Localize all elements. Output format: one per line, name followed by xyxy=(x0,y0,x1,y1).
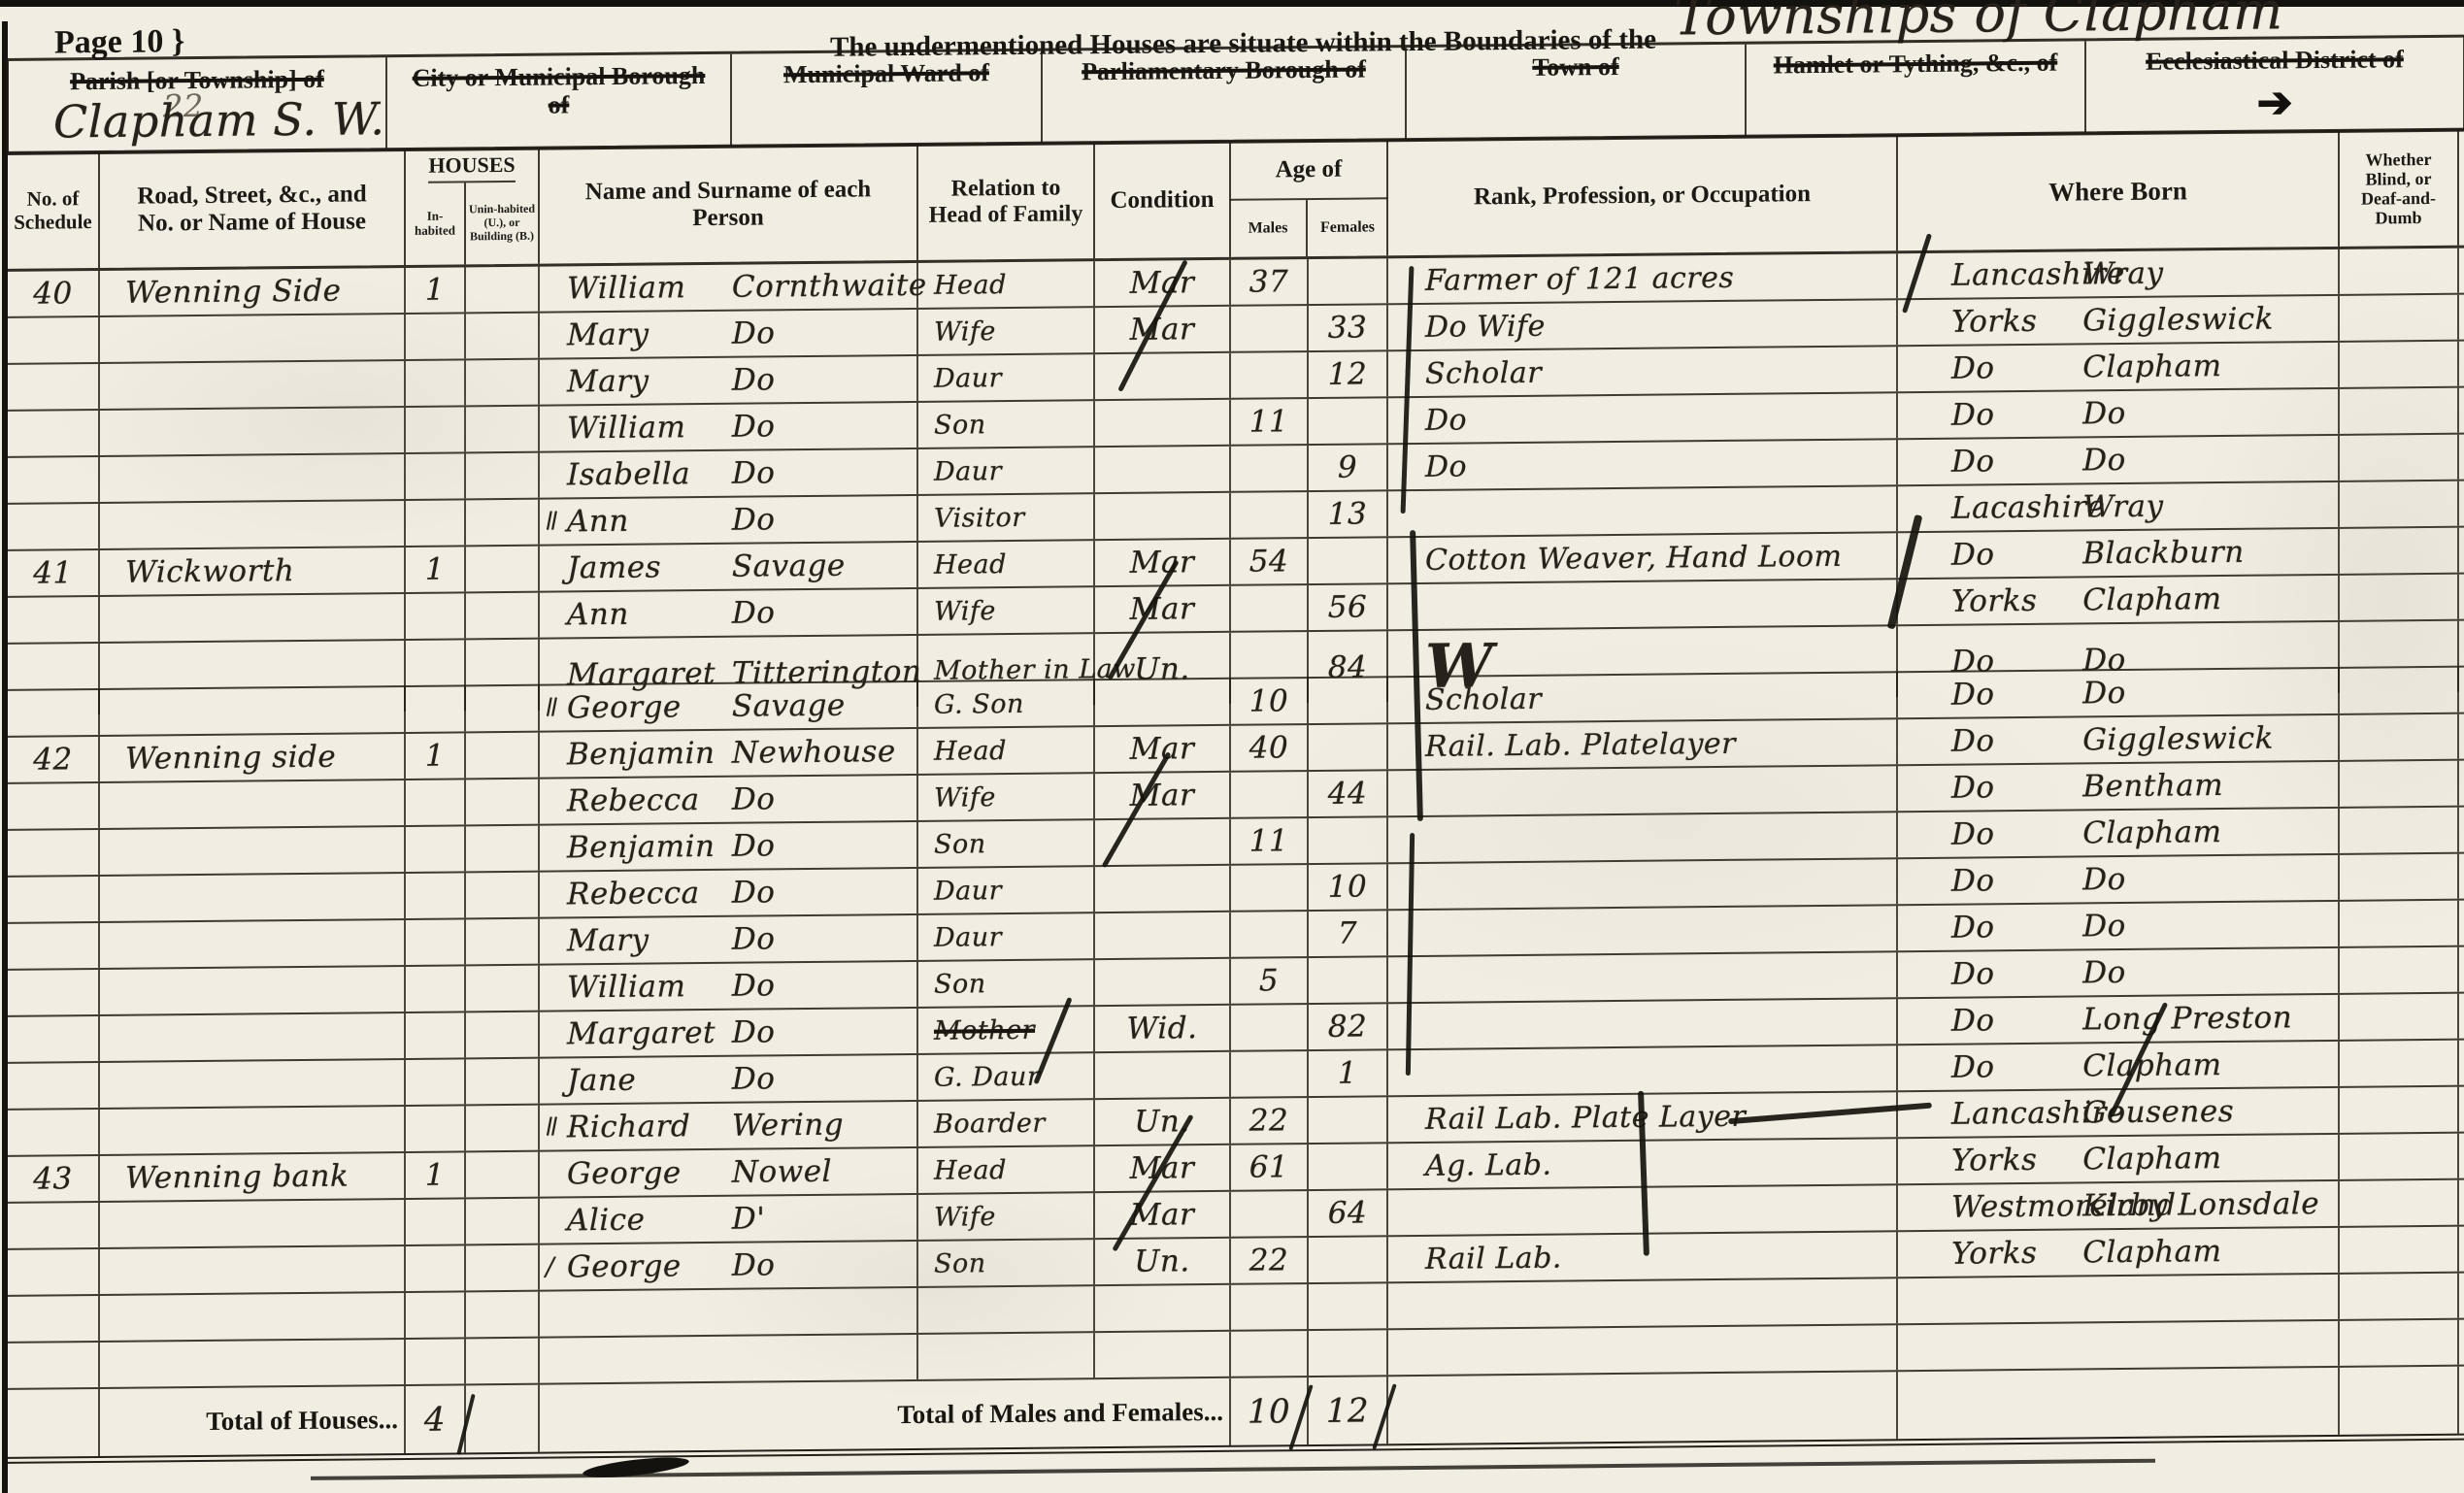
road-cell xyxy=(100,594,406,642)
name-cell: Rebecca Do xyxy=(540,776,918,824)
age-females-cell: 82 xyxy=(1309,1004,1388,1049)
name-cell: Ann Do xyxy=(540,589,918,638)
parish-box: Parish [or Township] of Clapham S. W. xyxy=(9,57,387,152)
name-cell: Jane Do xyxy=(540,1055,918,1104)
uninhabited-cell xyxy=(466,407,540,452)
age-females-cell: 9 xyxy=(1309,445,1388,490)
schedule-cell xyxy=(8,923,100,969)
inhabited-cell xyxy=(406,453,466,499)
road-cell xyxy=(100,1340,406,1387)
age-females-cell xyxy=(1309,258,1388,304)
infirmity-cell xyxy=(2340,1134,2459,1179)
where-born-cell: Do Bentham xyxy=(1898,762,2340,811)
inhabited-cell: 1 xyxy=(406,733,466,779)
age-males-cell xyxy=(1231,1191,1309,1237)
where-born-cell: Do Clapham xyxy=(1898,1042,2340,1090)
road-cell xyxy=(100,408,406,455)
uninhabited-cell xyxy=(466,453,540,499)
uninhabited-cell xyxy=(466,1199,540,1244)
age-males-cell xyxy=(1231,1331,1309,1377)
inhabited-cell: 1 xyxy=(406,267,466,313)
town-box: Town of xyxy=(1407,45,1747,139)
age-males-cell xyxy=(1231,1284,1309,1330)
uninhabited-cell xyxy=(466,500,540,546)
infirmity-cell xyxy=(2340,295,2459,341)
uninhabited-cell xyxy=(466,733,540,779)
occupation-cell xyxy=(1388,813,1898,862)
age-females-cell: 56 xyxy=(1309,584,1388,630)
condition-cell xyxy=(1095,1332,1231,1377)
inhabited-cell xyxy=(406,1199,466,1244)
road-cell xyxy=(100,874,406,921)
inhabited-cell xyxy=(406,686,466,732)
age-males-cell: 22 xyxy=(1231,1098,1309,1144)
inhabited-cell xyxy=(406,826,466,872)
relation-cell: Son xyxy=(918,1240,1095,1286)
age-females-cell: 44 xyxy=(1309,771,1388,816)
name-cell: Benjamin Do xyxy=(540,822,918,871)
schedule-cell xyxy=(8,690,100,736)
relation-cell: Head xyxy=(918,261,1095,308)
age-females-cell xyxy=(1309,724,1388,770)
condition-cell: Wid. xyxy=(1095,1006,1231,1051)
relation-cell: Wife xyxy=(918,774,1095,820)
where-born-cell: Lancashire Wray xyxy=(1898,249,2340,298)
age-males-cell xyxy=(1231,1051,1309,1097)
inhabited-cell xyxy=(406,500,466,546)
condition-cell: Mar xyxy=(1095,307,1231,352)
name-cell: William Cornthwaite xyxy=(540,263,918,312)
relation-cell: Son xyxy=(918,401,1095,448)
relation-cell xyxy=(918,1286,1095,1333)
inhabited-cell xyxy=(406,1292,466,1338)
road-cell: Wenning side xyxy=(100,734,406,781)
occupation-cell xyxy=(1388,1278,1898,1328)
schedule-cell: 43 xyxy=(8,1156,100,1202)
inhabited-cell xyxy=(406,593,466,639)
occupation-cell: Rail. Lab. Platelayer xyxy=(1388,719,1898,769)
road-cell xyxy=(100,1013,406,1061)
schedule-cell xyxy=(8,597,100,643)
where-born-cell: Yorks Clapham xyxy=(1898,576,2340,624)
schedule-cell xyxy=(8,830,100,876)
road-cell xyxy=(100,967,406,1014)
condition-cell xyxy=(1095,353,1231,399)
age-males-cell xyxy=(1231,865,1309,911)
header-road: Road, Street, &c., and No. or Name of Ho… xyxy=(100,150,406,268)
road-cell xyxy=(100,361,406,409)
uninhabited-cell xyxy=(466,1292,540,1338)
age-males-cell: 5 xyxy=(1231,958,1309,1004)
infirmity-cell xyxy=(2340,714,2459,760)
condition-cell xyxy=(1095,680,1231,725)
age-females-cell: 33 xyxy=(1309,305,1388,350)
inhabited-cell xyxy=(406,1012,466,1058)
relation-cell: Wife xyxy=(918,308,1095,354)
road-cell xyxy=(100,501,406,548)
condition-cell xyxy=(1095,400,1231,446)
age-females-cell xyxy=(1309,1237,1388,1282)
ecclesiastical-district-label: Ecclesiastical District of xyxy=(2086,46,2463,77)
road-cell xyxy=(100,780,406,828)
inhabited-cell xyxy=(406,1245,466,1291)
uninhabited-cell xyxy=(466,686,540,732)
age-males-cell: 37 xyxy=(1231,259,1309,305)
infirmity-cell xyxy=(2340,1180,2459,1226)
schedule-cell xyxy=(8,783,100,829)
infirmity-cell xyxy=(2340,342,2459,387)
schedule-cell xyxy=(8,1016,100,1062)
where-born-cell: Do Do xyxy=(1898,855,2340,904)
condition-cell xyxy=(1095,959,1231,1005)
age-females-cell xyxy=(1309,538,1388,583)
road-cell xyxy=(100,1200,406,1247)
name-cell: Rebecca Do xyxy=(540,869,918,917)
name-cell: Benjamin Newhouse xyxy=(540,729,918,778)
uninhabited-cell xyxy=(466,360,540,406)
name-cell: William Do xyxy=(540,962,918,1011)
uninhabited-cell xyxy=(466,1245,540,1291)
schedule-cell xyxy=(8,1296,100,1342)
condition-cell xyxy=(1095,1285,1231,1331)
uninhabited-cell xyxy=(466,1152,540,1198)
age-females-cell: 64 xyxy=(1309,1190,1388,1236)
name-cell: ǁ Richard Wering xyxy=(540,1102,918,1150)
condition-cell xyxy=(1095,447,1231,492)
occupation-cell: Scholar xyxy=(1388,673,1898,722)
age-females-cell: 12 xyxy=(1309,351,1388,397)
where-born-cell: Yorks Clapham xyxy=(1898,1228,2340,1277)
name-cell: / George Do xyxy=(540,1242,918,1290)
age-males-cell xyxy=(1231,352,1309,398)
where-born-cell: Lacashire Wray xyxy=(1898,482,2340,531)
infirmity-cell xyxy=(2340,1274,2459,1319)
schedule-cell xyxy=(8,1110,100,1155)
city-borough-box: City or Municipal Borough of xyxy=(387,54,732,149)
relation-cell: Daur xyxy=(918,913,1095,960)
age-females-cell xyxy=(1309,1144,1388,1189)
where-born-cell: Yorks Giggleswick xyxy=(1898,296,2340,345)
ecclesiastical-district-box: Ecclesiastical District of ➔ xyxy=(2086,38,2464,133)
header-males: Males xyxy=(1230,200,1308,257)
where-born-cell: Do Do xyxy=(1898,436,2340,484)
schedule-cell xyxy=(8,457,100,503)
uninhabited-cell xyxy=(466,547,540,592)
infirmity-cell xyxy=(2340,854,2459,900)
inhabited-cell xyxy=(406,873,466,918)
relation-cell: Head xyxy=(918,1146,1095,1193)
infirmity-cell xyxy=(2340,435,2459,481)
relation-cell: Mother xyxy=(918,1007,1095,1053)
uninhabited-cell xyxy=(466,1012,540,1058)
road-cell: Wickworth xyxy=(100,547,406,595)
uninhabited-cell xyxy=(466,1106,540,1151)
infirmity-cell xyxy=(2340,947,2459,993)
age-males-cell: 54 xyxy=(1231,539,1309,584)
uninhabited-cell xyxy=(466,1059,540,1105)
header-condition: Condition xyxy=(1095,143,1231,258)
inhabited-cell xyxy=(406,919,466,965)
condition-cell xyxy=(1095,493,1231,539)
relation-cell: Boarder xyxy=(918,1100,1095,1146)
right-arrow-mark: ➔ xyxy=(2086,77,2463,130)
infirmity-cell xyxy=(2340,1087,2459,1133)
where-born-cell: Do Do xyxy=(1898,389,2340,438)
relation-cell: Wife xyxy=(918,587,1095,634)
where-born-cell: Do Do xyxy=(1898,902,2340,950)
road-cell xyxy=(100,1060,406,1108)
age-females-cell: 7 xyxy=(1309,911,1388,956)
header-houses-group: HOUSES In-habited Unin-habited (U.), or … xyxy=(406,149,540,265)
age-males-cell xyxy=(1231,306,1309,351)
inhabited-cell xyxy=(406,780,466,825)
age-males-cell: 22 xyxy=(1231,1238,1309,1283)
schedule-cell: 40 xyxy=(8,271,100,316)
header-occupation: Rank, Profession, or Occupation xyxy=(1388,136,1898,255)
name-cell: Mary Do xyxy=(540,356,918,405)
relation-cell: Head xyxy=(918,727,1095,774)
age-males-cell: 40 xyxy=(1231,725,1309,771)
age-males-cell xyxy=(1231,772,1309,817)
infirmity-cell xyxy=(2340,901,2459,946)
inhabited-cell: 1 xyxy=(406,547,466,592)
total-males-females-label: Total of Males and Females... xyxy=(540,1378,1231,1452)
road-cell: Wenning bank xyxy=(100,1153,406,1201)
town-label: Town of xyxy=(1407,52,1745,83)
name-cell xyxy=(540,1288,918,1337)
occupation-cell xyxy=(1388,486,1898,536)
inhabited-cell xyxy=(406,966,466,1012)
name-cell: Isabella Do xyxy=(540,449,918,498)
infirmity-cell xyxy=(2340,575,2459,620)
where-born-cell xyxy=(1898,1321,2340,1370)
where-born-cell: Do Giggleswick xyxy=(1898,715,2340,764)
where-born-cell: Westmoreland Kirby Lonsdale xyxy=(1898,1181,2340,1230)
condition-cell xyxy=(1095,912,1231,958)
occupation-cell xyxy=(1388,1045,1898,1095)
schedule-cell xyxy=(8,1343,100,1388)
infirmity-cell xyxy=(2340,994,2459,1040)
schedule-cell xyxy=(8,1249,100,1295)
uninhabited-cell xyxy=(466,314,540,359)
occupation-cell: Cotton Weaver, Hand Loom xyxy=(1388,533,1898,582)
inhabited-cell xyxy=(406,1339,466,1384)
occupation-cell xyxy=(1388,1325,1898,1375)
age-males-cell xyxy=(1231,912,1309,957)
schedule-cell: 42 xyxy=(8,737,100,782)
uninhabited-cell xyxy=(466,826,540,872)
name-cell xyxy=(540,1335,918,1383)
header-schedule: No. of Schedule xyxy=(8,153,100,269)
age-females-cell xyxy=(1309,1097,1388,1143)
occupation-cell xyxy=(1388,952,1898,1002)
road-cell: Wenning Side xyxy=(100,268,406,315)
name-cell: George Nowel xyxy=(540,1148,918,1197)
occupation-cell xyxy=(1388,859,1898,909)
infirmity-cell xyxy=(2340,388,2459,434)
age-females-cell xyxy=(1309,817,1388,863)
occupation-cell xyxy=(1388,766,1898,815)
relation-cell xyxy=(918,1333,1095,1379)
header-relation: Relation to Head of Family xyxy=(918,144,1095,260)
age-females-cell xyxy=(1309,398,1388,444)
age-females-cell: 10 xyxy=(1309,864,1388,910)
road-cell xyxy=(100,1107,406,1154)
header-uninhabited: Unin-habited (U.), or Building (B.) xyxy=(466,182,538,265)
inhabited-cell xyxy=(406,314,466,359)
where-born-cell: Yorks Clapham xyxy=(1898,1135,2340,1183)
occupation-cell xyxy=(1388,906,1898,955)
road-cell xyxy=(100,827,406,875)
age-males-cell: 11 xyxy=(1231,399,1309,445)
parish-handwritten-value: Clapham S. W. xyxy=(53,92,385,148)
where-born-cell xyxy=(1898,1275,2340,1323)
name-cell: ǁ George Savage xyxy=(540,682,918,731)
uninhabited-cell xyxy=(466,966,540,1012)
relation-cell: Daur xyxy=(918,354,1095,401)
age-males-cell xyxy=(1231,585,1309,631)
uninhabited-cell xyxy=(466,593,540,639)
road-cell xyxy=(100,315,406,362)
header-name: Name and Surname of each Person xyxy=(540,146,918,264)
condition-cell: Mar xyxy=(1095,586,1231,632)
age-females-cell xyxy=(1309,678,1388,723)
schedule-cell xyxy=(8,364,100,410)
name-cell: ǁ Ann Do xyxy=(540,496,918,545)
age-females-cell: 1 xyxy=(1309,1050,1388,1096)
road-cell xyxy=(100,1246,406,1294)
name-cell: William Do xyxy=(540,403,918,451)
uninhabited-cell xyxy=(466,1339,540,1384)
infirmity-cell xyxy=(2340,528,2459,574)
uninhabited-cell xyxy=(466,919,540,965)
occupation-cell: Scholar xyxy=(1388,347,1898,396)
relation-cell: Daur xyxy=(918,867,1095,913)
column-headers: No. of Schedule Road, Street, &c., and N… xyxy=(8,128,2464,272)
infirmity-cell xyxy=(2340,808,2459,853)
inhabited-cell xyxy=(406,360,466,406)
name-cell: Margaret Do xyxy=(540,1009,918,1057)
city-borough-label: City or Municipal Borough of xyxy=(387,62,730,121)
total-houses-label: Total of Houses... xyxy=(100,1386,406,1456)
occupation-cell: Do xyxy=(1388,393,1898,443)
hamlet-box: Hamlet or Tything, &c., of xyxy=(1747,41,2086,135)
condition-cell: Un. xyxy=(1095,1099,1231,1145)
infirmity-cell xyxy=(2340,1041,2459,1086)
age-males-cell: 11 xyxy=(1231,818,1309,864)
where-born-cell: Do Clapham xyxy=(1898,809,2340,857)
relation-cell: Visitor xyxy=(918,494,1095,541)
parliamentary-borough-box: Parliamentary Borough of xyxy=(1043,48,1407,143)
where-born-cell: Do Do xyxy=(1898,669,2340,717)
where-born-cell: Do Blackburn xyxy=(1898,529,2340,578)
schedule-cell xyxy=(8,1063,100,1109)
inhabited-cell xyxy=(406,1059,466,1105)
name-cell: James Savage xyxy=(540,543,918,591)
schedule-cell xyxy=(8,877,100,922)
age-males-cell: 10 xyxy=(1231,679,1309,724)
age-males-cell xyxy=(1231,492,1309,538)
uninhabited-cell xyxy=(466,267,540,313)
occupation-cell: Do Wife xyxy=(1388,300,1898,349)
occupation-cell: Farmer of 121 acres xyxy=(1388,253,1898,303)
where-born-cell: Do Clapham xyxy=(1898,343,2340,391)
infirmity-cell xyxy=(2340,249,2459,294)
age-females-cell xyxy=(1309,1283,1388,1329)
inhabited-cell xyxy=(406,407,466,452)
age-males-cell: 61 xyxy=(1231,1145,1309,1190)
occupation-cell xyxy=(1388,999,1898,1048)
occupation-cell xyxy=(1388,580,1898,629)
header-where-born: Where Born xyxy=(1898,132,2340,250)
infirmity-cell xyxy=(2340,668,2459,713)
uninhabited-cell xyxy=(466,873,540,918)
relation-cell: G. Son xyxy=(918,680,1095,727)
header-inhabited: In-habited xyxy=(406,182,466,265)
relation-cell: G. Daur xyxy=(918,1053,1095,1100)
uninhabited-cell xyxy=(466,780,540,825)
schedule-cell xyxy=(8,411,100,456)
header-age-group: Age of Males Females xyxy=(1231,141,1388,257)
infirmity-cell xyxy=(2340,481,2459,527)
condition-cell xyxy=(1095,1052,1231,1098)
relation-cell: Daur xyxy=(918,448,1095,494)
total-houses-value: 4 xyxy=(406,1385,466,1453)
municipal-ward-box: Municipal Ward of xyxy=(732,51,1043,146)
relation-cell: Head xyxy=(918,541,1095,587)
name-cell: Alice D' xyxy=(540,1195,918,1244)
schedule-cell xyxy=(8,1203,100,1248)
inhabited-cell xyxy=(406,1106,466,1151)
municipal-ward-label: Municipal Ward of xyxy=(732,59,1041,90)
inhabited-cell: 1 xyxy=(406,1152,466,1198)
road-cell xyxy=(100,454,406,502)
schedule-cell: 41 xyxy=(8,550,100,596)
hamlet-label: Hamlet or Tything, &c., of xyxy=(1747,49,2084,80)
road-cell xyxy=(100,920,406,968)
road-cell xyxy=(100,1293,406,1341)
road-cell xyxy=(100,687,406,735)
age-females-cell xyxy=(1309,957,1388,1003)
header-age: Age of xyxy=(1276,142,1343,199)
where-born-cell: Do Do xyxy=(1898,948,2340,997)
name-cell: Mary Do xyxy=(540,915,918,964)
where-born-cell: Do Long Preston xyxy=(1898,995,2340,1044)
infirmity-cell xyxy=(2340,1320,2459,1366)
relation-cell: Son xyxy=(918,820,1095,867)
condition-cell: Mar xyxy=(1095,1192,1231,1238)
infirmity-cell xyxy=(2340,1227,2459,1273)
infirmity-cell xyxy=(2340,761,2459,807)
schedule-cell xyxy=(8,317,100,363)
census-rows: 40 Wenning Side 1 William Cornthwaite He… xyxy=(8,249,2464,1390)
condition-cell: Mar xyxy=(1095,773,1231,818)
schedule-cell xyxy=(8,970,100,1015)
header-houses: HOUSES xyxy=(428,149,515,183)
census-page-scan: Page 10 } The undermentioned Houses are … xyxy=(0,0,2464,1493)
name-cell: Mary Do xyxy=(540,310,918,358)
header-females: Females xyxy=(1308,199,1387,256)
parliamentary-borough-label: Parliamentary Borough of xyxy=(1043,55,1405,86)
census-form: Page 10 } The undermentioned Houses are … xyxy=(0,0,2464,1493)
age-females-cell: 13 xyxy=(1309,491,1388,537)
parish-label: Parish [or Township] of xyxy=(9,65,385,96)
age-males-cell xyxy=(1231,1005,1309,1050)
age-females-cell xyxy=(1309,1330,1388,1376)
relation-cell: Wife xyxy=(918,1193,1095,1240)
condition-cell xyxy=(1095,866,1231,912)
occupation-cell: Do xyxy=(1388,440,1898,489)
